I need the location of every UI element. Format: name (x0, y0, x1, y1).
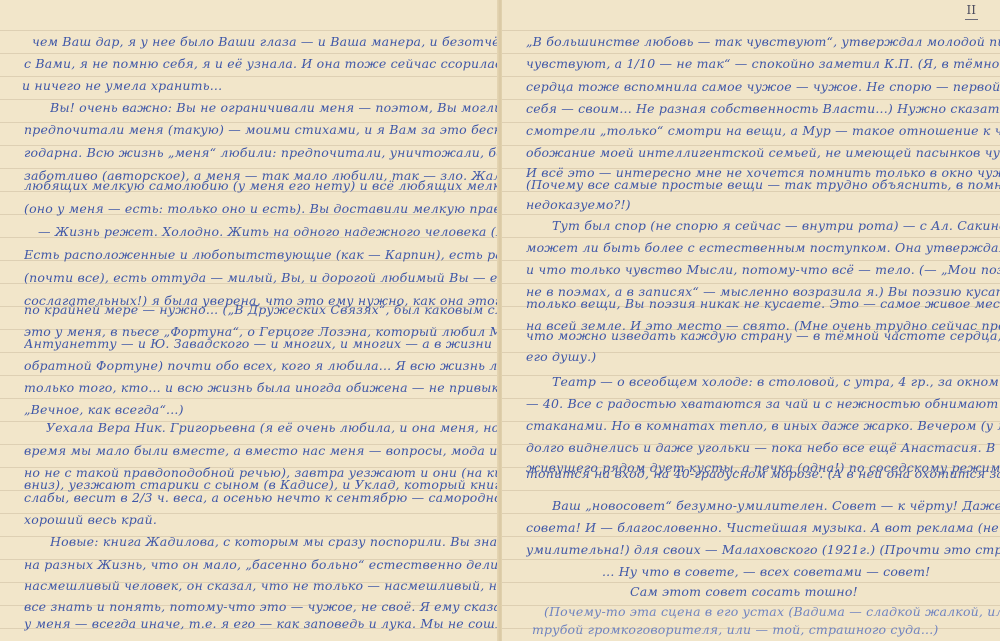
left-page: чем Ваш дар, я у нее было Ваши глаза — и… (0, 0, 498, 641)
manuscript-line: хороший весь край. (24, 510, 157, 530)
manuscript-line: (Почему-то эта сцена в его устах (Вадима… (544, 602, 1000, 622)
manuscript-line: и что только чувство Мысли, потому-что в… (526, 260, 1000, 280)
manuscript-line: (оно у меня — есть: только оно и есть). … (24, 199, 521, 219)
manuscript-line: Антуанетту — и Ю. Завадского — и многих,… (24, 334, 546, 354)
manuscript-line: только вещи, Вы поэзия никак не кусаете.… (526, 294, 1000, 314)
manuscript-line: чувствуют, а 1/10 — не так“ — спокойно з… (526, 54, 1000, 74)
manuscript-line: Уехала Вера Ник. Григорьевна (я её очень… (46, 418, 574, 438)
manuscript-line: его душу.) (526, 347, 596, 367)
manuscript-line: Театр — о всеобщем холоде: в столовой, с… (552, 372, 999, 392)
manuscript-line: Ваш „новосовет“ безумно-умилителен. Сове… (552, 496, 1000, 516)
manuscript-line: „В большинстве любовь — так чувствуют“, … (526, 32, 1000, 52)
manuscript-line: обожание моей интеллигентской семьей, не… (526, 143, 1000, 163)
manuscript-line: стаканами. Но в комнатах тепло, в иных д… (526, 416, 1000, 436)
manuscript-line: совета! И — благословенно. Чистейшая муз… (526, 518, 1000, 538)
manuscript-line: обратной Фортуне) почти обо всех, кого я… (24, 356, 541, 376)
manuscript-line: что можно изведать каждую страну — в тём… (526, 326, 1000, 346)
manuscript-line: время мы мало были вместе, а вместо нас … (24, 441, 563, 461)
manuscript-line: трубой громкоговорителя, или — той, стра… (532, 620, 938, 640)
manuscript-line: чем Ваш дар, я у нее было Ваши глаза — и… (32, 32, 528, 52)
manuscript-line: умилительна!) для своих — Малаховского (… (526, 540, 1000, 560)
right-page: II „В большинстве любовь — так чувствуют… (502, 0, 1000, 641)
manuscript-line: смотрели „только“ смотри на вещи, а Мур … (526, 121, 1000, 141)
manuscript-spread: чем Ваш дар, я у нее было Ваши глаза — и… (0, 0, 1000, 641)
manuscript-line: долго виднелись и даже угольки — пока не… (526, 438, 1000, 458)
manuscript-line: себя — своим... Не разная собственность … (526, 99, 1000, 119)
manuscript-line: „Вечное, как всегда“...) (24, 400, 184, 420)
manuscript-line: слабы, весит в 2/3 ч. веса, а осенью неч… (24, 488, 506, 508)
manuscript-line: — 40. Все с радостью хватаются за чай и … (526, 394, 1000, 414)
manuscript-line: Новые: книга Жадилова, с которым мы сраз… (50, 532, 529, 552)
manuscript-line: топится на вход, на 40-градусном морозе.… (526, 464, 1000, 484)
manuscript-line: у меня — всегда иначе, т.е. я его — как … (24, 614, 530, 634)
manuscript-line: сердца тоже вспомнила самое чужое — чужо… (526, 77, 1000, 97)
manuscript-line: Тут был спор (не спорю я сейчас — внутри… (552, 216, 1000, 236)
manuscript-line: (Почему все самые простые вещи — так тру… (526, 175, 1000, 195)
manuscript-line: Сам этот совет сосать тошно! (630, 582, 858, 602)
manuscript-line: на разных Жизнь, что он мало, „басенно б… (24, 555, 553, 575)
page-number: II (965, 3, 978, 20)
manuscript-line: ... Ну что в совете, — всех советами — с… (602, 562, 930, 582)
manuscript-line: и ничего не умела хранить... (22, 76, 222, 96)
manuscript-line: годарна. Всю жизнь „меня“ любили: предпо… (24, 143, 569, 163)
manuscript-line: любящих мелкую самолюбию (у меня его нет… (24, 176, 571, 196)
manuscript-line: недоказуемо?!) (526, 195, 631, 215)
manuscript-line: может ли быть более с естественным посту… (526, 238, 1000, 258)
manuscript-line: Вы! очень важно: Вы не ограничивали меня… (50, 98, 573, 118)
